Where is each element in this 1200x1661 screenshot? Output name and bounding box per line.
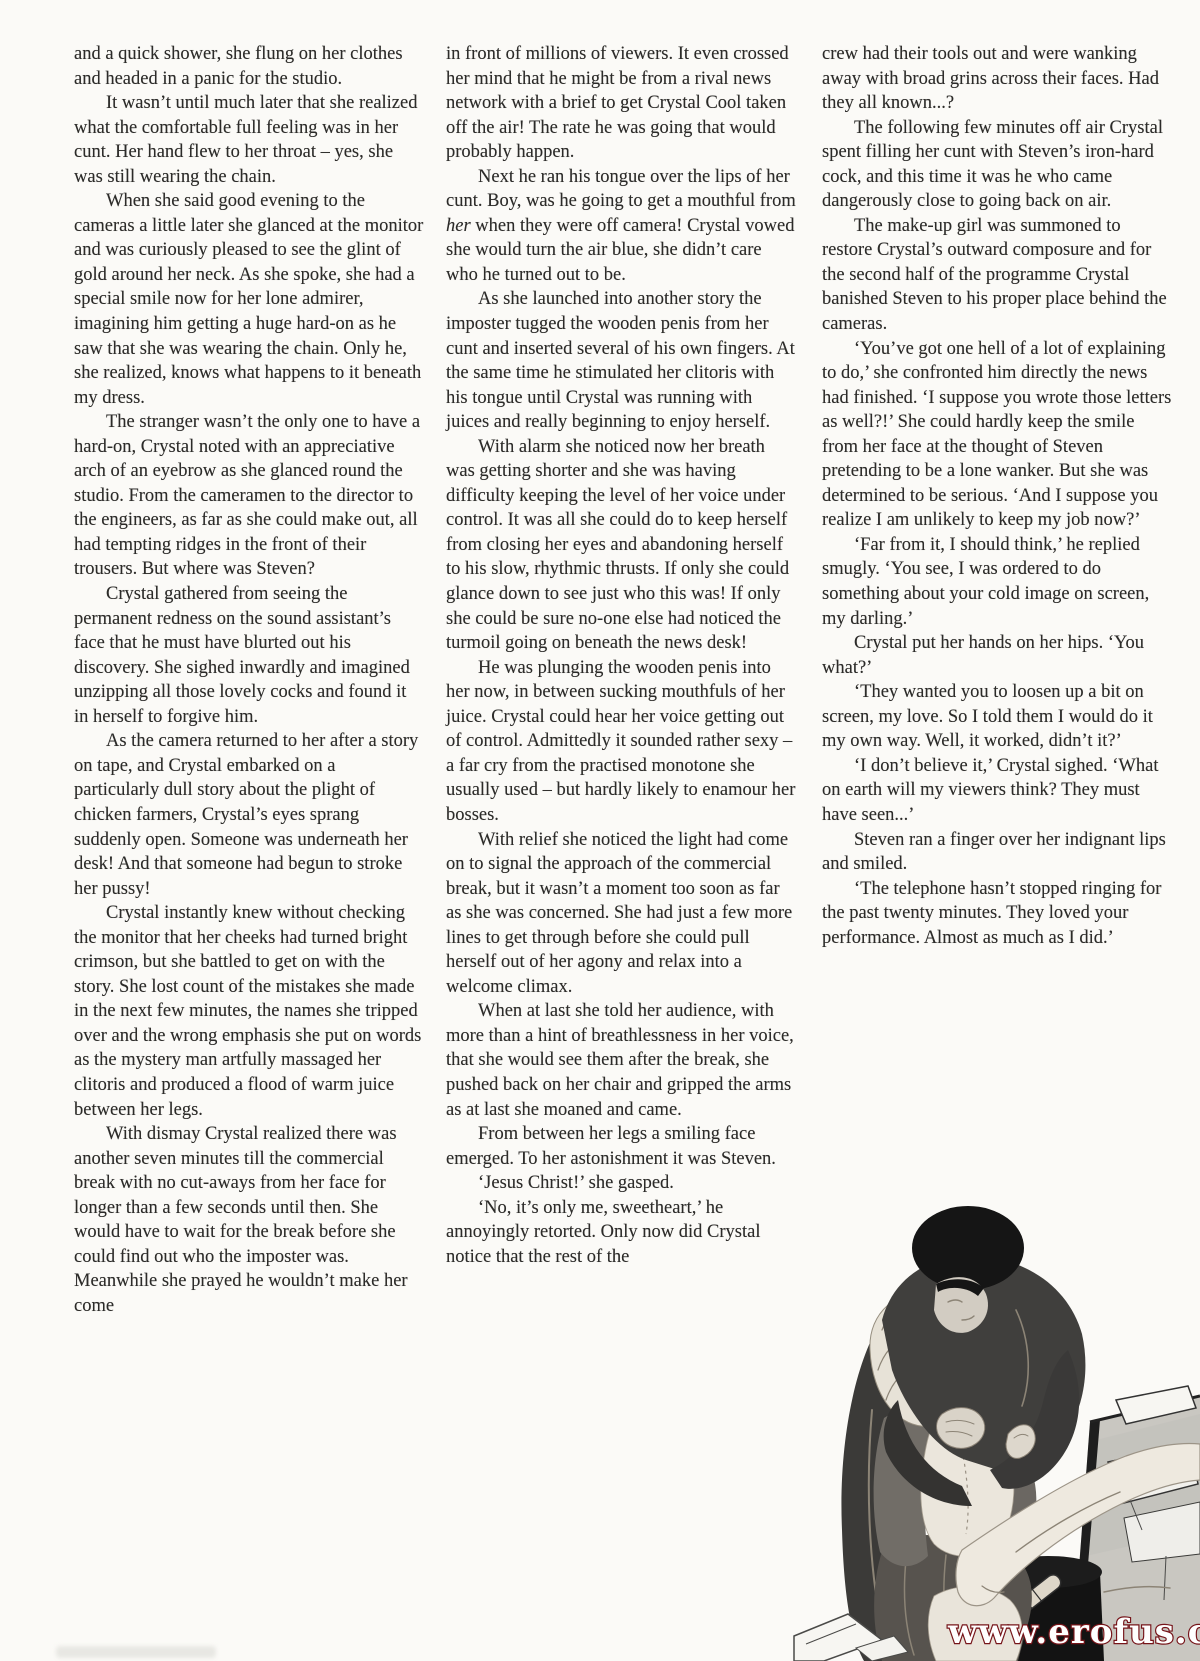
text-column-1: and a quick shower, she flung on her clo… xyxy=(74,42,424,1318)
paragraph: ‘Jesus Christ!’ she gasped. xyxy=(446,1171,796,1196)
paragraph: From between her legs a smiling face eme… xyxy=(446,1122,796,1171)
paragraph: With alarm she noticed now her breath wa… xyxy=(446,435,796,656)
paragraph: Steven ran a finger over her indignant l… xyxy=(822,828,1172,877)
paragraph: The stranger wasn’t the only one to have… xyxy=(74,410,424,582)
paragraph: ‘They wanted you to loosen up a bit on s… xyxy=(822,680,1172,754)
illustration-drawing xyxy=(786,1200,1200,1661)
paragraph: The following few minutes off air Crysta… xyxy=(822,116,1172,214)
paragraph: ‘The telephone hasn’t stopped ringing fo… xyxy=(822,877,1172,951)
paragraph: With dismay Crystal realized there was a… xyxy=(74,1122,424,1318)
paragraph: Crystal put her hands on her hips. ‘You … xyxy=(822,631,1172,680)
paragraph: As the camera returned to her after a st… xyxy=(74,729,424,901)
paragraph: When she said good evening to the camera… xyxy=(74,189,424,410)
paragraph: The make-up girl was summoned to restore… xyxy=(822,214,1172,337)
paragraph: Crystal instantly knew without checking … xyxy=(74,901,424,1122)
paragraph: It wasn’t until much later that she real… xyxy=(74,91,424,189)
paragraph: ‘I don’t believe it,’ Crystal sighed. ‘W… xyxy=(822,754,1172,828)
paragraph: Crystal gathered from seeing the permane… xyxy=(74,582,424,729)
paragraph: As she launched into another story the i… xyxy=(446,287,796,434)
paragraph: ‘No, it’s only me, sweetheart,’ he annoy… xyxy=(446,1196,796,1270)
paragraph: ‘Far from it, I should think,’ he replie… xyxy=(822,533,1172,631)
paragraph: With relief she noticed the light had co… xyxy=(446,828,796,1000)
paragraph: crew had their tools out and were wankin… xyxy=(822,42,1172,116)
scan-artifact xyxy=(56,1646,216,1658)
watermark-text: www.erofus.com xyxy=(948,1612,1200,1652)
man-figure-upper xyxy=(882,1206,1085,1506)
paragraph: in front of millions of viewers. It even… xyxy=(446,42,796,165)
magazine-page: and a quick shower, she flung on her clo… xyxy=(0,0,1200,1661)
text-column-2: in front of millions of viewers. It even… xyxy=(446,42,796,1269)
text-column-3: crew had their tools out and were wankin… xyxy=(822,42,1172,950)
paragraph: ‘You’ve got one hell of a lot of explain… xyxy=(822,337,1172,533)
paragraph: Next he ran his tongue over the lips of … xyxy=(446,165,796,288)
man-hand xyxy=(937,1408,985,1449)
story-illustration xyxy=(786,1200,1200,1661)
man-head xyxy=(912,1206,1024,1290)
paragraph: When at last she told her audience, with… xyxy=(446,999,796,1122)
paragraph: and a quick shower, she flung on her clo… xyxy=(74,42,424,91)
paragraph: He was plunging the wooden penis into he… xyxy=(446,656,796,828)
